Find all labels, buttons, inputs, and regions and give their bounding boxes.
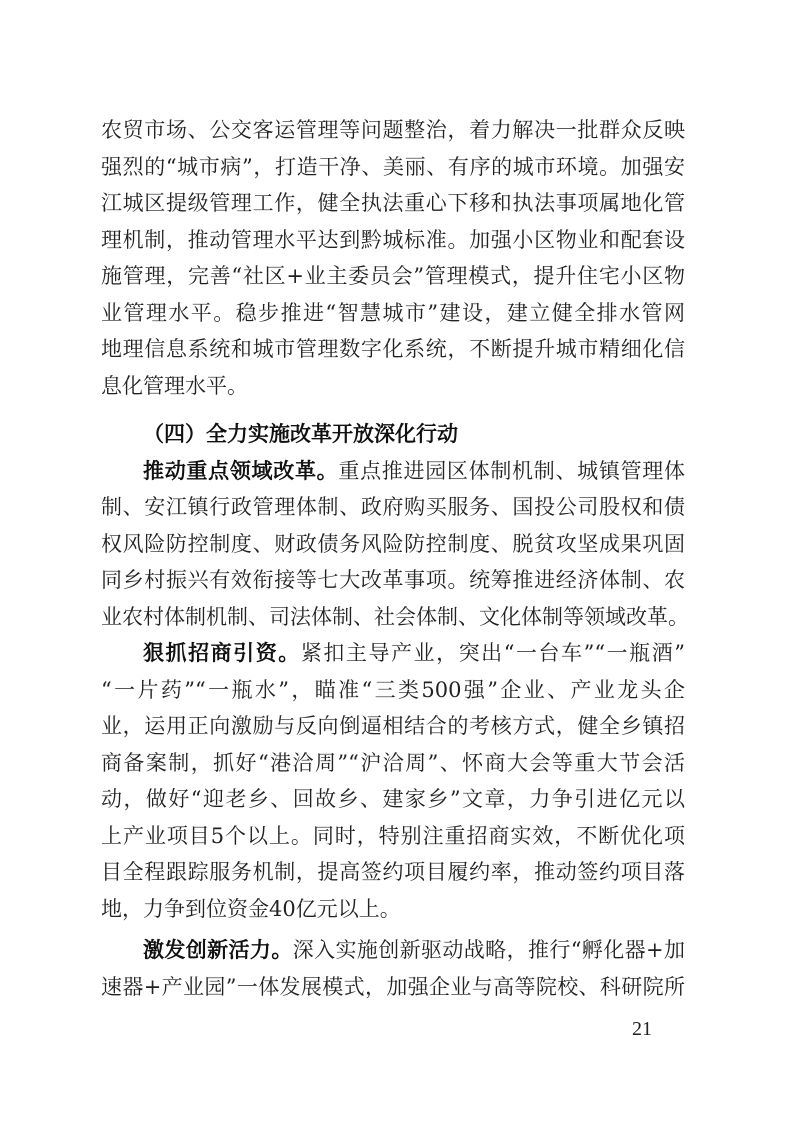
document-body: 农贸市场、公交客运管理等问题整治，着力解决一批群众反映 强烈的“城市病”，打造干… [101, 112, 685, 1005]
text-line: 强烈的“城市病”，打造干净、美丽、有序的城市环境。加强安 [101, 149, 685, 186]
text-line: 地，力争到位资金40亿元以上。 [101, 891, 685, 928]
text-line: 同乡村振兴有效衔接等七大改革事项。统筹推进经济体制、农 [101, 562, 685, 599]
paragraph-text: 深入实施创新驱动战略，推行“孵化器+加 [293, 938, 685, 962]
text-line: 农贸市场、公交客运管理等问题整治，着力解决一批群众反映 [101, 112, 685, 149]
text-line: 业管理水平。稳步推进“智慧城市”建设，建立健全排水管网 [101, 295, 685, 332]
paragraph-first-line: 狠抓招商引资。紧扣主导产业，突出“一台车”“一瓶酒” [101, 635, 685, 672]
paragraph-investment: 狠抓招商引资。紧扣主导产业，突出“一台车”“一瓶酒” “一片药”“一瓶水”，瞄准… [101, 635, 685, 927]
text-line: 业农村体制机制、司法体制、社会体制、文化体制等领域改革。 [101, 599, 685, 636]
text-line: 上产业项目5个以上。同时，特别注重招商实效，不断优化项 [101, 818, 685, 855]
text-line: 速器+产业园”一体发展模式，加强企业与高等院校、科研院所 [101, 969, 685, 1006]
paragraph-first-line: 推动重点领域改革。重点推进园区体制机制、城镇管理体 [101, 453, 685, 490]
paragraph-lead: 推动重点领域改革。 [143, 458, 338, 483]
text-line: 权风险防控制度、财政债务风险防控制度、脱贫攻坚成果巩固 [101, 526, 685, 563]
text-line: 动，做好“迎老乡、回故乡、建家乡”文章，力争引进亿元以 [101, 781, 685, 818]
section-heading: （四）全力实施改革开放深化行动 [101, 416, 685, 453]
text-line: 目全程跟踪服务机制，提高签约项目履约率，推动签约项目落 [101, 854, 685, 891]
paragraph-first-line: 激发创新活力。深入实施创新驱动战略，推行“孵化器+加 [101, 932, 685, 969]
text-line: 施管理，完善“社区+业主委员会”管理模式，提升住宅小区物 [101, 258, 685, 295]
text-line: “一片药”“一瓶水”，瞄准“三类500强”企业、产业龙头企 [101, 672, 685, 709]
paragraph-reform: 推动重点领域改革。重点推进园区体制机制、城镇管理体 制、安江镇行政管理体制、政府… [101, 453, 685, 636]
text-line: 业，运用正向激励与反向倒逼相结合的考核方式，健全乡镇招 [101, 708, 685, 745]
page-number: 21 [632, 1018, 652, 1041]
paragraph-lead: 狠抓招商引资。 [143, 640, 301, 665]
paragraph-city-management: 农贸市场、公交客运管理等问题整治，着力解决一批群众反映 强烈的“城市病”，打造干… [101, 112, 685, 404]
text-line: 制、安江镇行政管理体制、政府购买服务、国投公司股权和债 [101, 489, 685, 526]
paragraph-innovation: 激发创新活力。深入实施创新驱动战略，推行“孵化器+加 速器+产业园”一体发展模式… [101, 932, 685, 1005]
text-line: 理机制，推动管理水平达到黔城标准。加强小区物业和配套设 [101, 222, 685, 259]
paragraph-text: 紧扣主导产业，突出“一台车”“一瓶酒” [301, 641, 685, 665]
paragraph-lead: 激发创新活力。 [143, 937, 293, 962]
paragraph-text: 重点推进园区体制机制、城镇管理体 [338, 459, 685, 483]
document-page: 农贸市场、公交客运管理等问题整治，着力解决一批群众反映 强烈的“城市病”，打造干… [0, 0, 793, 1122]
text-line: 地理信息系统和城市管理数字化系统，不断提升城市精细化信 [101, 331, 685, 368]
text-line: 江城区提级管理工作，健全执法重心下移和执法事项属地化管 [101, 185, 685, 222]
text-line: 息化管理水平。 [101, 368, 685, 405]
text-line: 商备案制，抓好“港洽周”“沪洽周”、怀商大会等重大节会活 [101, 745, 685, 782]
